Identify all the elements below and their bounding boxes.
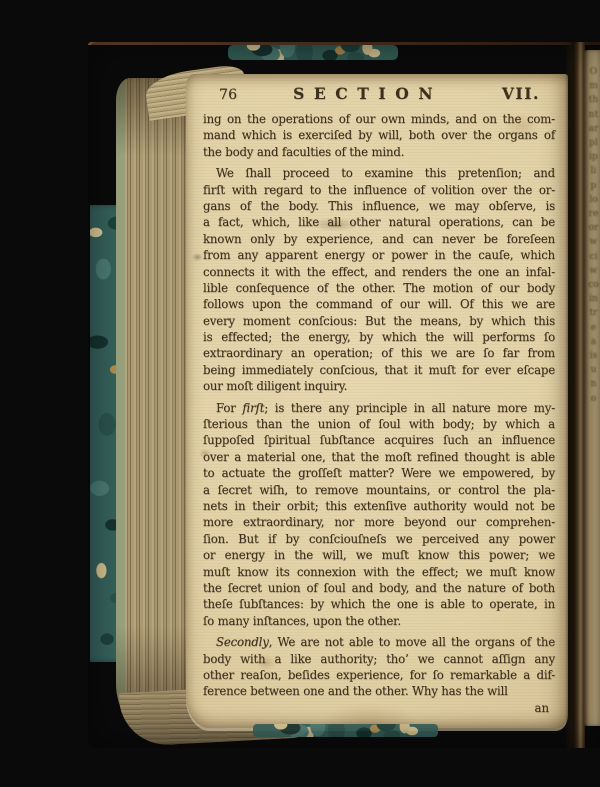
text-line: the ſecret union of ſoul and body, and t…: [203, 580, 555, 596]
text-line: ſion. But if by conſciouſneſs we perceiv…: [203, 531, 555, 547]
text-line: a ſecret wiſh, to remove mountains, or c…: [203, 482, 555, 498]
facing-page-sliver: O m th nt ar pl ip li p lo re or w ci w …: [584, 50, 600, 726]
text-line: muſt know its connexion with the effect;…: [203, 564, 555, 580]
text-line: or energy in the will, we muſt know this…: [203, 547, 555, 563]
paragraph: For firſt; is there any principle in all…: [203, 400, 555, 629]
text-line: ing on the operations of our own minds, …: [203, 111, 555, 127]
text-line: For firſt; is there any principle in all…: [203, 400, 555, 416]
paragraph: ing on the operations of our own minds, …: [203, 111, 555, 160]
text-line: ſuppoſed ſpiritual ſubſtance acquires ſu…: [203, 432, 555, 448]
text-line: the body and faculties of the mind.: [203, 144, 555, 160]
page-number: 76: [219, 87, 237, 103]
section-title: SECTION: [293, 84, 442, 103]
paragraph: We ſhall proceed to examine this pretenſ…: [203, 165, 555, 394]
section-numeral: VII.: [502, 84, 540, 103]
text-line: from any apparent energy or power in the…: [203, 247, 555, 263]
text-line: our moſt diligent inquiry.: [203, 378, 555, 394]
text-line: firſt with regard to the influence of vo…: [203, 182, 555, 198]
text-line: ſo many inſtances, upon the other.: [203, 613, 555, 629]
text-line: being immediately conſcious, that it muſ…: [203, 362, 555, 378]
text-line: over a material one, that the moſt refin…: [203, 449, 555, 465]
text-line: theſe ſubſtances: by which the one is ab…: [203, 596, 555, 612]
text-line: Secondly, We are not able to move all th…: [203, 634, 555, 650]
text-line: mand which is exerciſed by will, both ov…: [203, 127, 555, 143]
page-header: 76 SECTION VII.: [186, 74, 568, 103]
text-line: follows upon the command of our will. Of…: [203, 296, 555, 312]
text-line: extraordinary an operation; of this we a…: [203, 345, 555, 361]
paragraph: Secondly, We are not able to move all th…: [203, 634, 555, 700]
text-line: other reaſon, beſides experience, for ſo…: [203, 667, 555, 683]
book-page: 76 SECTION VII. ing on the operations of…: [186, 74, 568, 728]
text-line: ference between one and the other. Why h…: [203, 683, 555, 699]
text-block: ing on the operations of our own minds, …: [203, 111, 555, 700]
marbled-board-sliver-top: [228, 45, 398, 60]
text-line: body with a like authority; tho’ we cann…: [203, 651, 555, 667]
text-line: nets in their orbit; this extenſive auth…: [203, 498, 555, 514]
page-fore-edge-stack: [116, 78, 190, 730]
text-line: connects it with the effect, and renders…: [203, 264, 555, 280]
text-line: to actuate the groſſeſt matter? Were we …: [203, 465, 555, 481]
text-line: ſterious than the union of ſoul with bod…: [203, 416, 555, 432]
text-line: every moment conſcious: But the means, b…: [203, 313, 555, 329]
text-line: is effected; the energy, by which the wi…: [203, 329, 555, 345]
photo-background: 76 SECTION VII. ing on the operations of…: [0, 0, 600, 787]
text-line: more extraordinary, nor more beyond our …: [203, 514, 555, 530]
gutter-shadow: [565, 42, 585, 748]
book: 76 SECTION VII. ing on the operations of…: [88, 42, 600, 748]
marbled-board-sliver-bottom: [253, 724, 438, 737]
text-line: lible conſequence of the other. The moti…: [203, 280, 555, 296]
text-line: We ſhall proceed to examine this pretenſ…: [203, 165, 555, 181]
facing-page-showthrough: O m th nt ar pl ip li p lo re or w ci w …: [587, 65, 600, 406]
text-line: known only by experience, and can never …: [203, 231, 555, 247]
text-line: gans of the body. This influence, we may…: [203, 198, 555, 214]
text-line: a fact, which, like all other natural op…: [203, 214, 555, 230]
catchword: an: [203, 700, 555, 716]
